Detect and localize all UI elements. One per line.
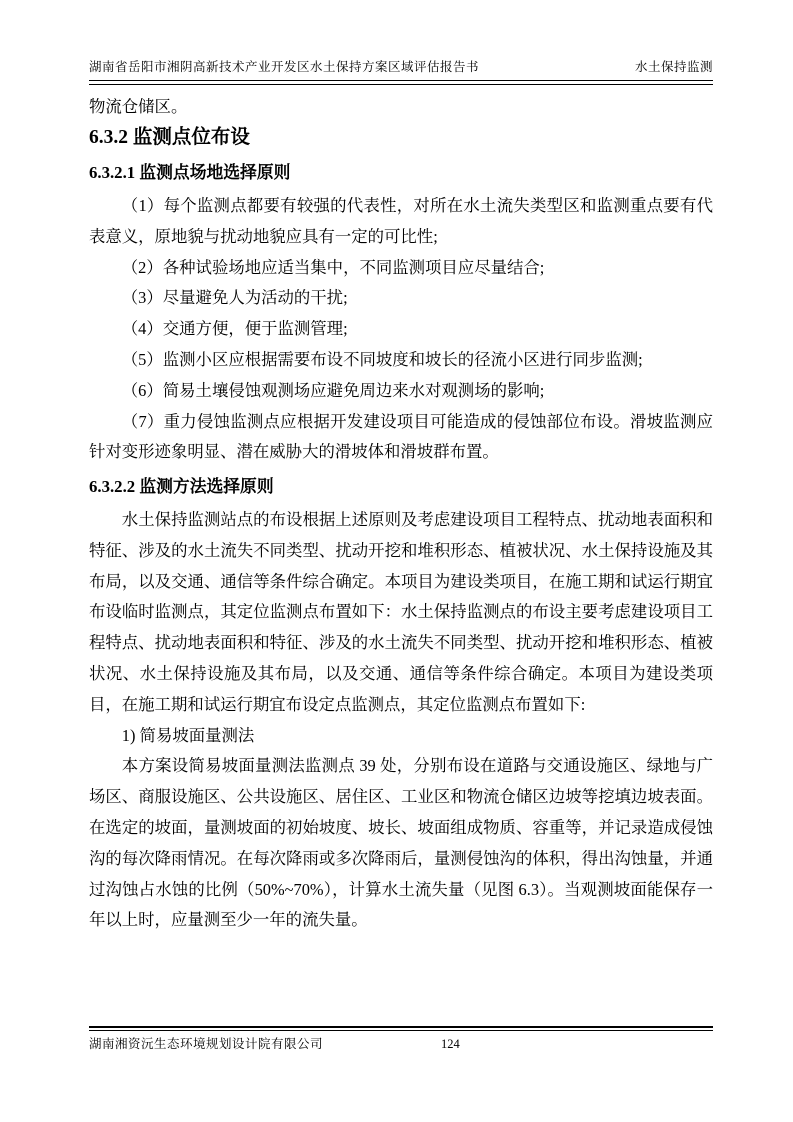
principle-item-5: （5）监测小区应根据需要布设不同坡度和坡长的径流小区进行同步监测; [89, 345, 713, 376]
page-number: 124 [441, 1036, 460, 1052]
document-content: 物流仓储区。 6.3.2 监测点位布设 6.3.2.1 监测点场地选择原则 （1… [89, 92, 713, 937]
heading-section-6-3-2: 6.3.2 监测点位布设 [89, 123, 713, 154]
header-rule [89, 80, 713, 85]
page-footer: 湖南湘资沅生态环境规划设计院有限公司 124 [89, 1026, 713, 1052]
header-chapter-title: 水土保持监测 [635, 59, 713, 75]
paragraph-continuation: 物流仓储区。 [89, 92, 713, 123]
footer-company-name: 湖南湘资沅生态环境规划设计院有限公司 [89, 1037, 323, 1051]
header-report-title: 湖南省岳阳市湘阴高新技术产业开发区水土保持方案区域评估报告书 [89, 59, 479, 75]
footer-row: 湖南湘资沅生态环境规划设计院有限公司 124 [89, 1036, 713, 1052]
simple-slope-method-paragraph: 本方案设简易坡面量测法监测点 39 处，分别布设在道路与交通设施区、绿地与广场区… [89, 751, 713, 936]
heading-subsection-6-3-2-1: 6.3.2.1 监测点场地选择原则 [89, 158, 713, 189]
document-page: 湖南省岳阳市湘阴高新技术产业开发区水土保持方案区域评估报告书 水土保持监测 物流… [0, 0, 793, 1122]
principle-item-6: （6）简易土壤侵蚀观测场应避免周边来水对观测场的影响; [89, 376, 713, 407]
page-header: 湖南省岳阳市湘阴高新技术产业开发区水土保持方案区域评估报告书 水土保持监测 [89, 59, 713, 85]
method-selection-paragraph: 水土保持监测站点的布设根据上述原则及考虑建设项目工程特点、扰动地表面积和特征、涉… [89, 505, 713, 721]
footer-rule [89, 1026, 713, 1031]
principle-item-1: （1）每个监测点都要有较强的代表性，对所在水土流失类型区和监测重点要有代表意义，… [89, 191, 713, 253]
principle-item-3: （3）尽量避免人为活动的干扰; [89, 283, 713, 314]
principle-item-4: （4）交通方便，便于监测管理; [89, 314, 713, 345]
principle-item-7: （7）重力侵蚀监测点应根据开发建设项目可能造成的侵蚀部位布设。滑坡监测应针对变形… [89, 407, 713, 469]
heading-subsection-6-3-2-2: 6.3.2.2 监测方法选择原则 [89, 472, 713, 503]
header-row: 湖南省岳阳市湘阴高新技术产业开发区水土保持方案区域评估报告书 水土保持监测 [89, 59, 713, 75]
method-list-item-1: 1) 简易坡面量测法 [89, 721, 713, 752]
principle-item-2: （2）各种试验场地应适当集中，不同监测项目应尽量结合; [89, 253, 713, 284]
